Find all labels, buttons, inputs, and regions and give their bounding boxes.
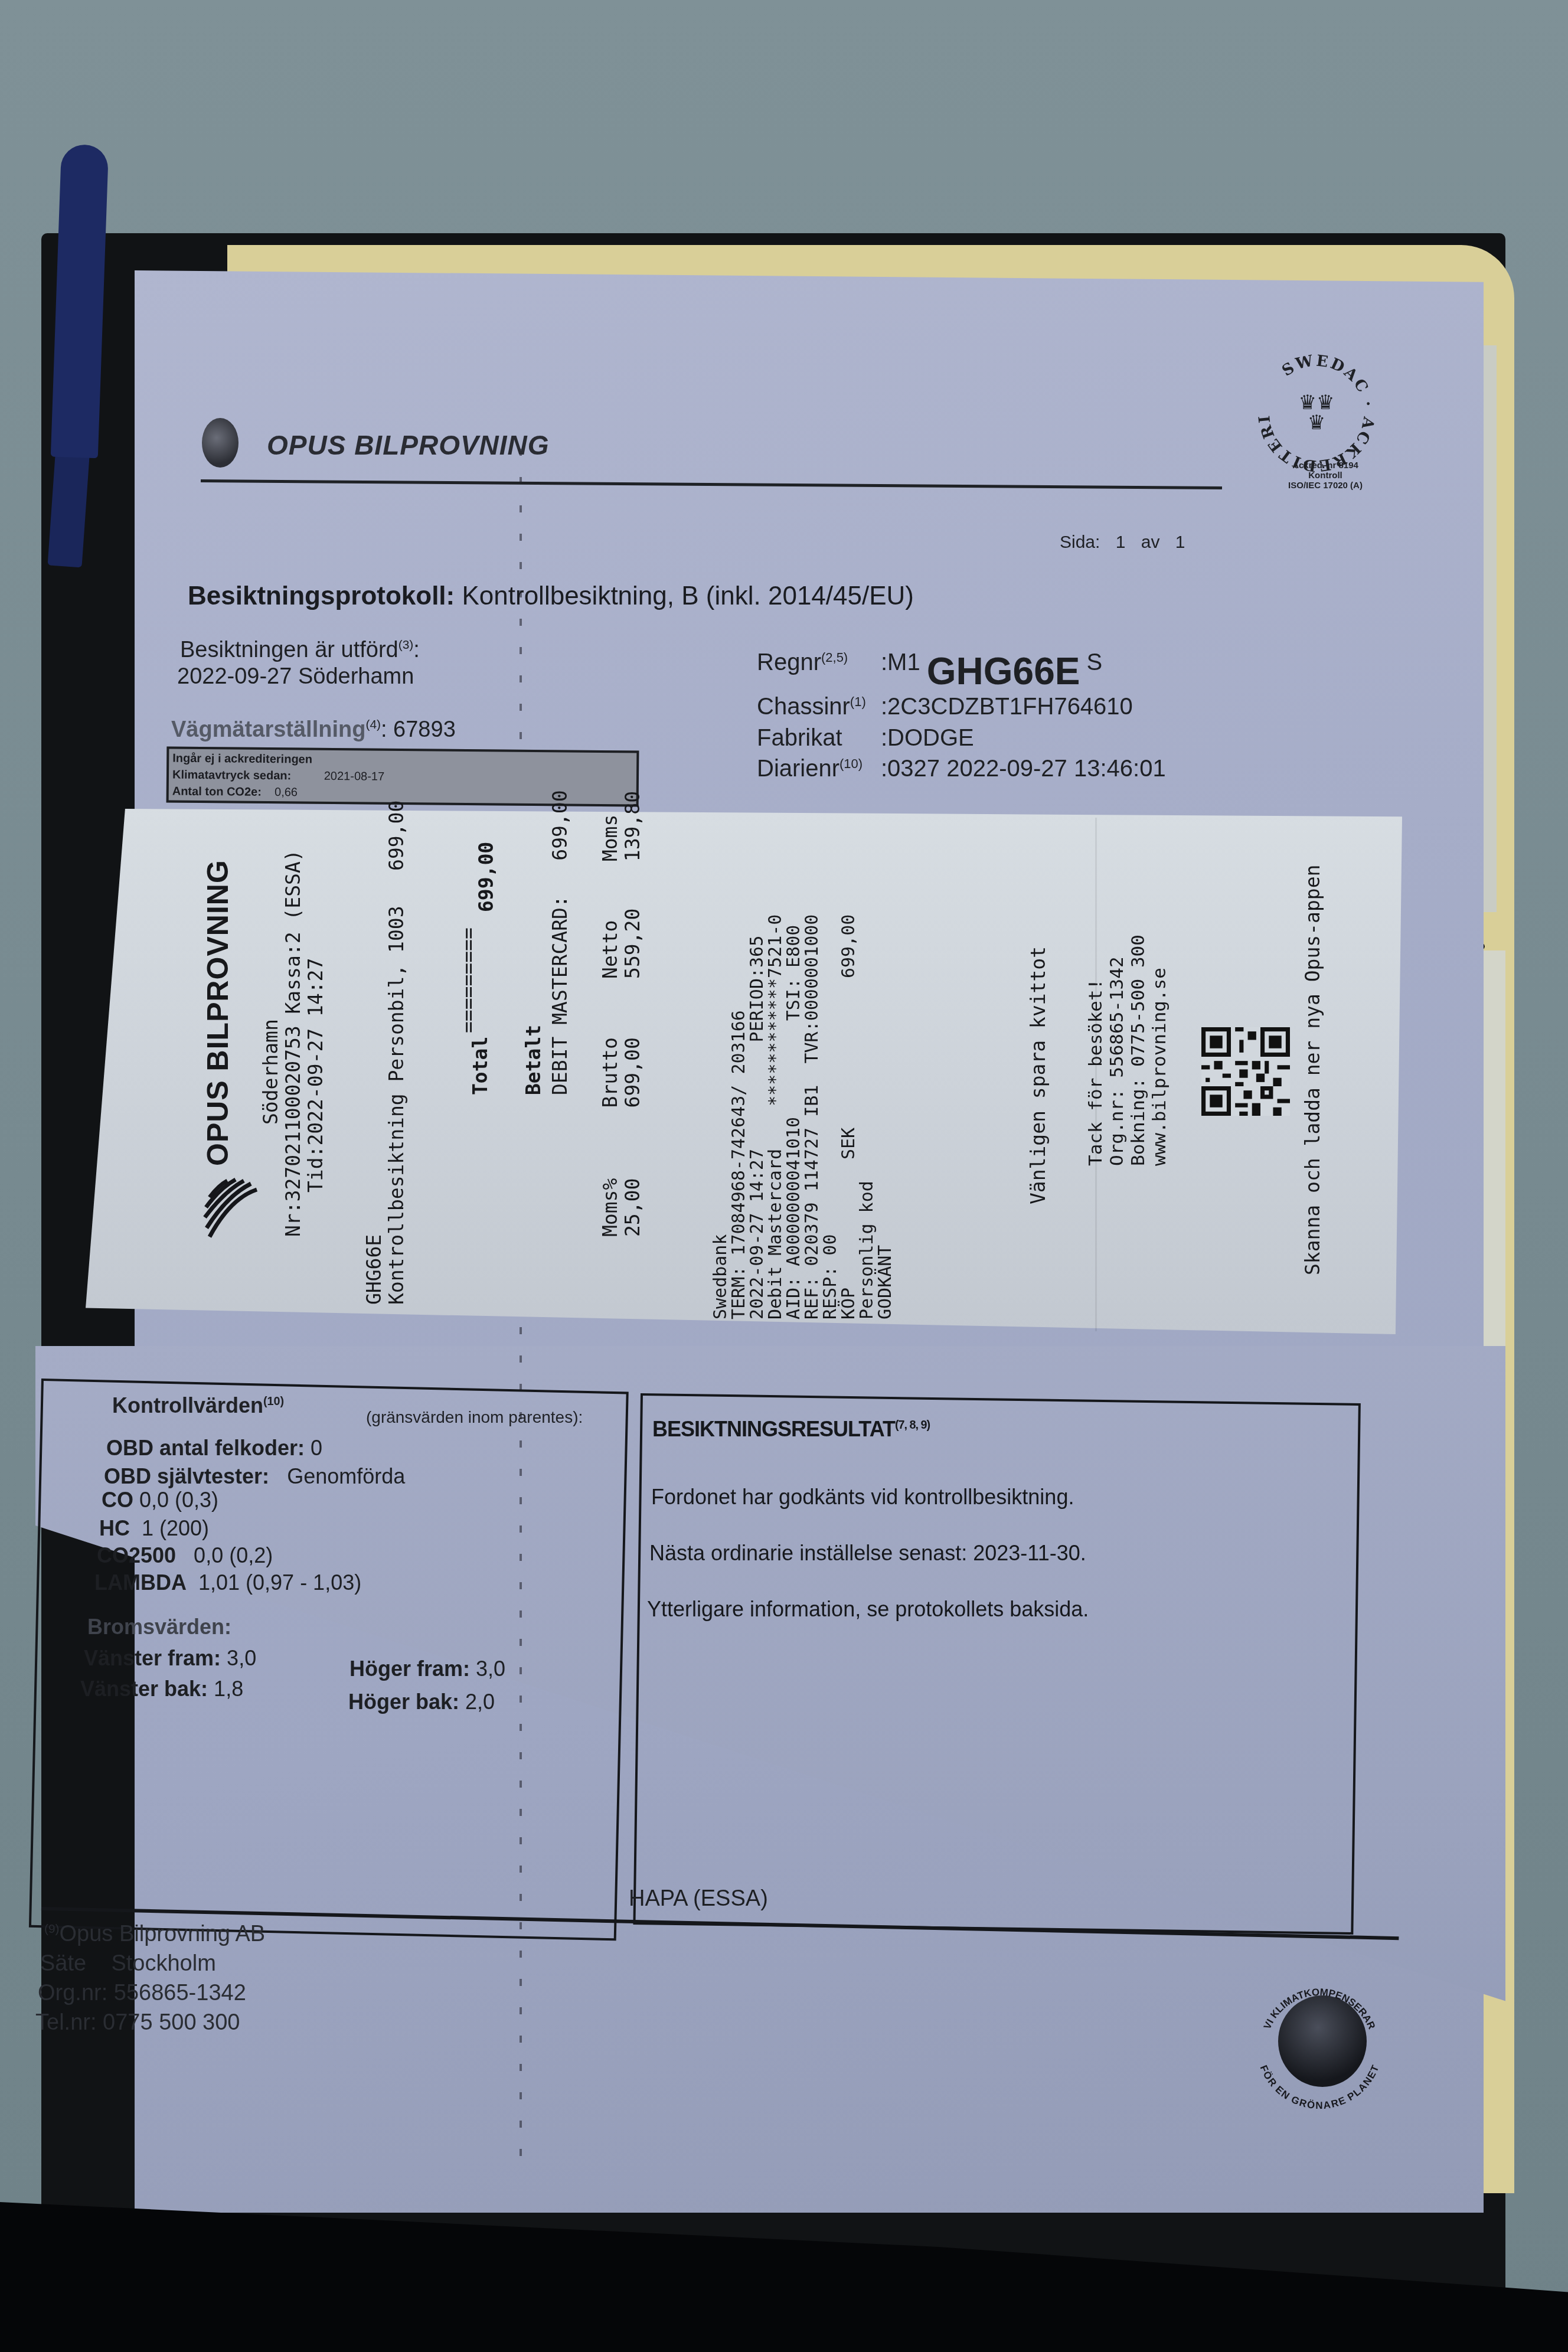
- result-title: BESIKTNINGSRESULTAT(7, 8, 9): [652, 1417, 930, 1442]
- control-value-row: CO 0,0 (0,3): [102, 1488, 218, 1513]
- receipt-paid-label: Betalt: [522, 1025, 545, 1095]
- control-value-row: OBD antal felkoder: 0: [106, 1436, 322, 1461]
- opus-logo-text: OPUS BILPROVNING: [267, 429, 550, 461]
- footer-org: Org.nr: 556865-1342: [38, 1981, 246, 2006]
- brake-value-row: Höger bak: 2,0: [348, 1690, 495, 1714]
- receipt-logo-text: OPUS BILPROVNING: [207, 860, 229, 1166]
- performed-label: Besiktningen är utförd(3):: [180, 638, 420, 663]
- brakes-title: Bromsvärden:: [87, 1615, 231, 1639]
- control-values-note: (gränsvärden inom parentes):: [366, 1408, 583, 1427]
- result-line: Ytterligare information, se protokollets…: [647, 1597, 1089, 1622]
- diary-number: Diarienr(10) :0327 2022-09-27 13:46:01: [757, 756, 1166, 782]
- opus-receipt-logo-icon: [198, 1175, 263, 1246]
- receipt-card-transaction: Swedbank TERM: 17084968-742643/ 203166 2…: [711, 914, 894, 1319]
- receipt-item: GHG66E Kontrollbesiktning Personbil, 100…: [363, 801, 408, 1305]
- footer-company: (9)Opus Bilprovning AB: [44, 1922, 265, 1947]
- receipt-save-note: Vänligen spara kvittot: [1027, 946, 1050, 1204]
- receipt-vat-table: Moms% Brutto Netto Moms 25,00 699,00 559…: [599, 791, 644, 1237]
- control-value-row: CO2500 0,0 (0,2): [97, 1543, 273, 1568]
- receipt-total-label: Total: [469, 1037, 492, 1095]
- receipt-total-amount: 699,00: [475, 842, 498, 912]
- brake-value-row: Vänster bak: 1,8: [80, 1677, 243, 1701]
- swedac-accreditation: Ackred. nr 8194 Kontroll ISO/IEC 17020 (…: [1263, 460, 1387, 491]
- svg-text:VI KLIMATKOMPENSERAR: VI KLIMATKOMPENSERAR: [1262, 1987, 1377, 2031]
- odometer: Vägmätarställning(4): 67893: [171, 717, 456, 743]
- receipt-app-note: Skanna och ladda ner nya Opus-appen: [1302, 865, 1324, 1275]
- control-value-row: OBD självtester: Genomförda: [104, 1464, 405, 1489]
- footer-seat: Säte Stockholm: [40, 1951, 216, 1977]
- inspection-result-box: [633, 1393, 1360, 1935]
- receipt-header: Söderhamn Nr:327021100020753 Kassa:2 (ES…: [260, 850, 327, 1237]
- chassis-number: Chassinr(1) :2C3CDZBT1FH764610: [757, 694, 1133, 720]
- protocol-title: Besiktningsprotokoll: Kontrollbesiktning…: [188, 582, 914, 611]
- control-values-title: Kontrollvärden(10): [112, 1393, 284, 1418]
- brake-value-row: Höger fram: 3,0: [349, 1657, 505, 1681]
- qr-code-icon[interactable]: [1201, 1027, 1290, 1116]
- registration-number: Regnr(2,5) :M1 GHG66E S: [757, 649, 1102, 693]
- opus-globe-icon: [202, 418, 239, 468]
- control-value-row: HC 1 (200): [99, 1516, 209, 1541]
- receipt-paid-method: DEBIT MASTERCARD: 699,00: [549, 790, 571, 1095]
- three-crowns-icon: ♛♛♛: [1293, 393, 1340, 433]
- page-indicator: Sida: 1 av 1: [1060, 533, 1185, 553]
- vehicle-make: Fabrikat :DODGE: [757, 725, 974, 752]
- result-line: Fordonet har godkänts vid kontrollbesikt…: [651, 1485, 1074, 1510]
- control-value-row: LAMBDA 1,01 (0,97 - 1,03): [94, 1570, 361, 1595]
- svg-text:FÖR EN GRÖNARE PLANET: FÖR EN GRÖNARE PLANET: [1258, 2063, 1381, 2111]
- inspector-signature: HAPA (ESSA): [629, 1886, 768, 1912]
- footer-tel: Tel.nr: 0775 500 300: [35, 2010, 240, 2036]
- brake-value-row: Vänster fram: 3,0: [84, 1646, 256, 1671]
- receipt-separator: =========: [458, 927, 480, 1033]
- performed-value: 2022-09-27 Söderhamn: [177, 664, 414, 690]
- result-line: Nästa ordinarie inställelse senast: 2023…: [649, 1541, 1086, 1566]
- climate-compensation-badge-icon: VI KLIMATKOMPENSERAR FÖR EN GRÖNARE PLAN…: [1252, 1975, 1387, 2111]
- receipt-contact: Tack för besöket! Org.nr: 556865-1342 Bo…: [1085, 935, 1170, 1166]
